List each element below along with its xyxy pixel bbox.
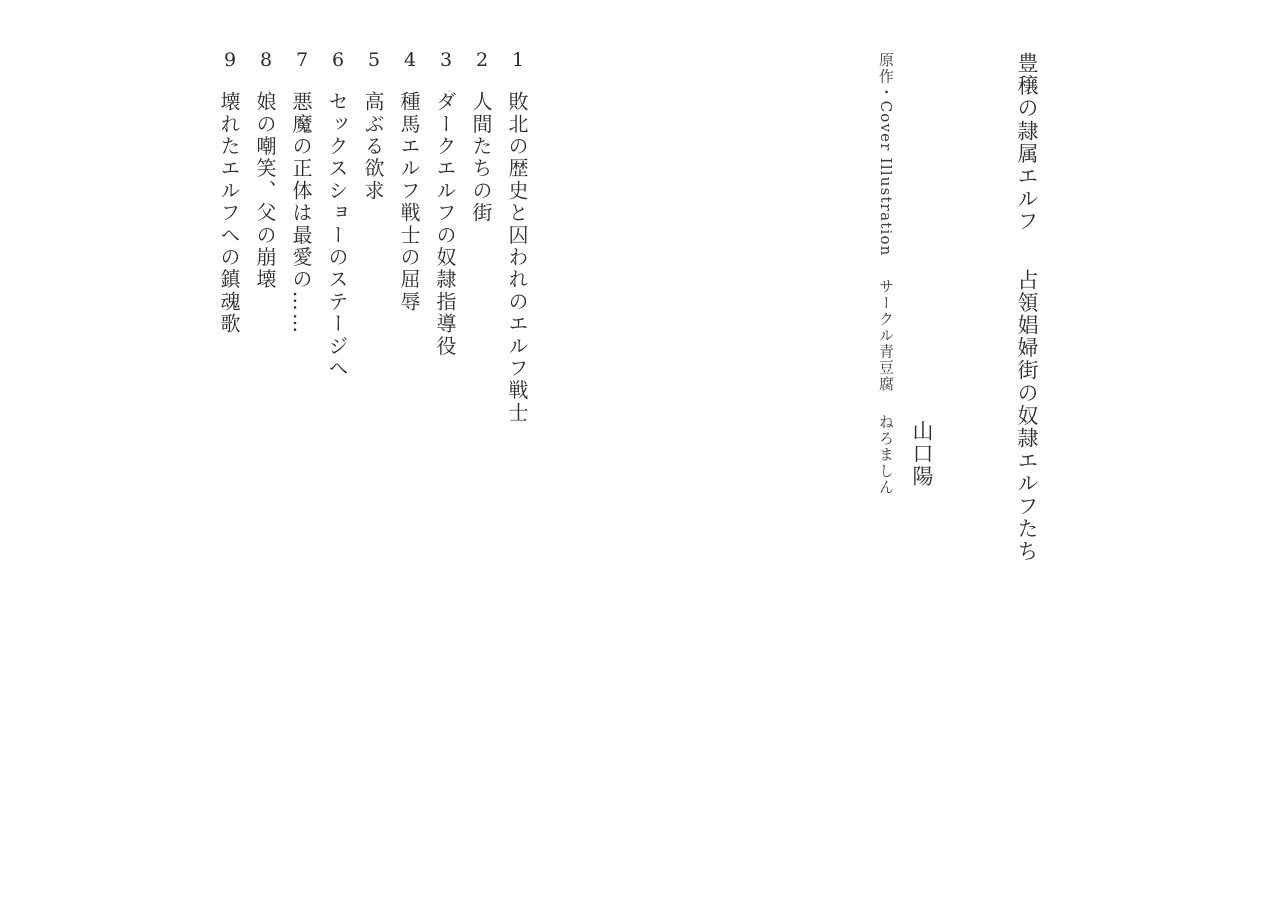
toc-title[interactable]: ダークエルフの奴隷指導役	[435, 91, 455, 357]
toc-title[interactable]: 壊れたエルフへの鎮魂歌	[219, 91, 239, 335]
credits-circle: サークル青豆腐	[877, 279, 895, 392]
toc-title[interactable]: セックスショーのステージへ	[327, 91, 347, 380]
credits-original-label: 原作・Cover Illustration	[877, 52, 895, 257]
toc-number: 4	[399, 50, 421, 70]
toc-title[interactable]: 人間たちの街	[471, 91, 491, 224]
book-credits: 原作・Cover Illustrationサークル青豆腐ねろましん	[878, 52, 893, 495]
credits-illustrator: ねろましん	[877, 414, 895, 495]
book-title-subtitle: 占領娼婦街の奴隷エルフたち	[1015, 269, 1039, 563]
toc-number: 9	[219, 50, 241, 70]
toc-number: 3	[435, 50, 457, 70]
toc-number: 2	[471, 50, 493, 70]
toc-title[interactable]: 悪魔の正体は最愛の……	[291, 91, 311, 335]
toc-title[interactable]: 娘の嘲笑、父の崩壊	[255, 91, 275, 291]
toc-number: 6	[327, 50, 349, 70]
book-title: 豊穣の隷属エルフ占領娼婦街の奴隷エルフたち	[1016, 52, 1037, 563]
toc-number: 8	[255, 50, 277, 70]
toc-title[interactable]: 高ぶる欲求	[363, 91, 383, 202]
book-author: 山口陽	[911, 420, 932, 488]
book-title-main: 豊穣の隷属エルフ	[1015, 52, 1039, 233]
toc-number: 5	[363, 50, 385, 70]
toc-number: 1	[507, 50, 529, 70]
toc-title[interactable]: 敗北の歴史と囚われのエルフ戦士	[507, 91, 527, 424]
toc-title[interactable]: 種馬エルフ戦士の屈辱	[399, 91, 419, 313]
toc-number: 7	[291, 50, 313, 70]
